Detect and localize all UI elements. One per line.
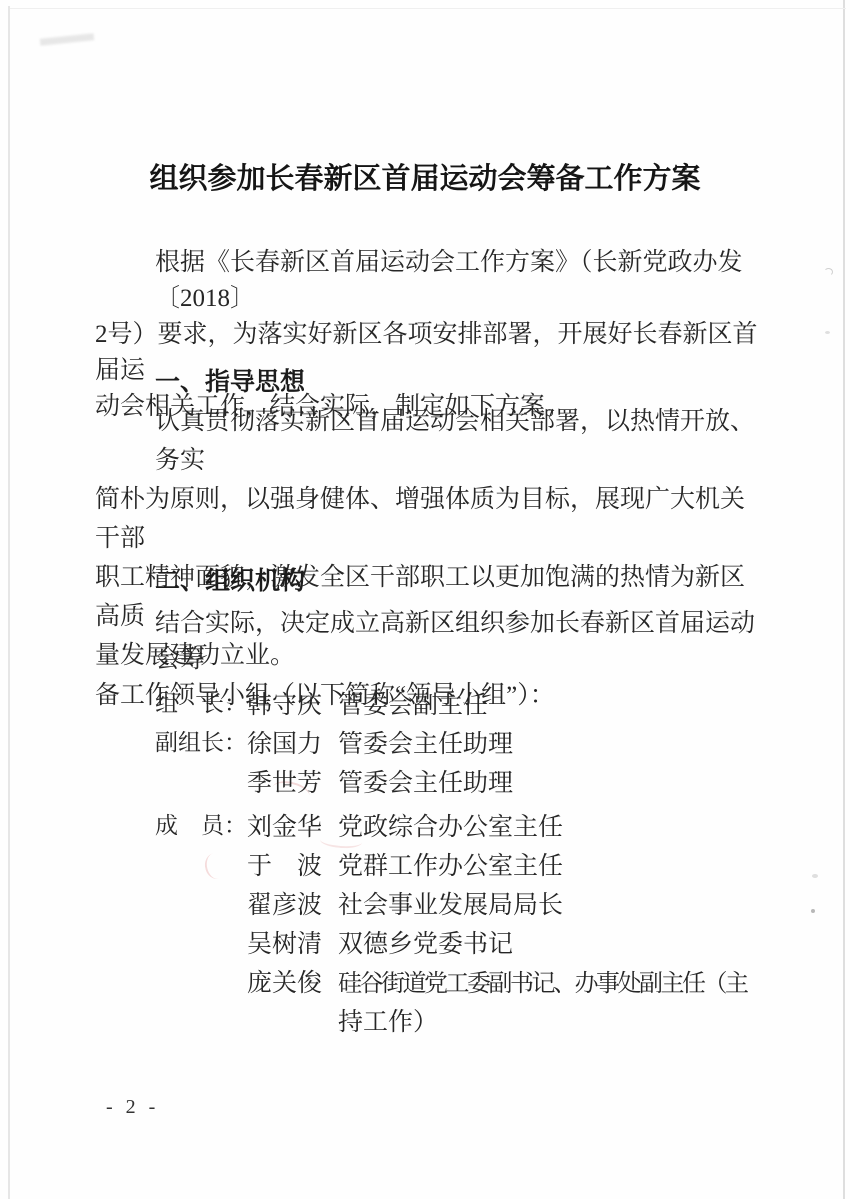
scan-speckle bbox=[824, 268, 833, 276]
roster-row: 副组长： 徐国力 管委会主任助理 bbox=[155, 724, 795, 763]
scan-speckle bbox=[812, 874, 818, 878]
member-duty: 社会事业发展局局长 bbox=[338, 885, 563, 921]
document-title: 组织参加长春新区首届运动会筹备工作方案 bbox=[0, 156, 850, 197]
scanned-document-page: 组织参加长春新区首届运动会筹备工作方案 根据《长春新区首届运动会工作方案》（长新… bbox=[0, 0, 850, 1199]
member-duty: 管委会主任助理 bbox=[338, 724, 513, 760]
scan-speckle bbox=[825, 331, 830, 334]
member-duty: 党群工作办公室主任 bbox=[338, 846, 563, 882]
role-label: 副组长： bbox=[155, 724, 247, 757]
roster-row: 庞关俊 硅谷街道党工委副书记、办事处副主任（主 bbox=[155, 963, 795, 1002]
paragraph-line: 认真贯彻落实新区首届运动会相关部署，以热情开放、务实 bbox=[95, 402, 763, 480]
roster-row: 翟彦波 社会事业发展局局长 bbox=[155, 885, 795, 924]
member-duty: 硅谷街道党工委副书记、办事处副主任（主 bbox=[338, 963, 747, 998]
roster-row-continuation: 持工作） bbox=[155, 1002, 795, 1041]
roster-row: 组 长： 韩守庆 管委会副主任 bbox=[155, 685, 795, 724]
member-duty: 持工作） bbox=[338, 1002, 438, 1038]
member-name: 韩守庆 bbox=[247, 685, 325, 721]
roster-row: 季世芳 管委会主任助理 bbox=[155, 763, 795, 802]
member-duty: 管委会主任助理 bbox=[338, 763, 513, 799]
member-duty: 管委会副主任 bbox=[338, 685, 488, 721]
leadership-roster: 组 长： 韩守庆 管委会副主任 副组长： 徐国力 管委会主任助理 季世芳 管委会… bbox=[155, 685, 795, 1041]
page-edge-line-top bbox=[10, 8, 846, 9]
scan-speckle bbox=[811, 909, 815, 913]
section-heading-1: 一、指导思想 bbox=[155, 362, 305, 398]
member-name: 吴树清 bbox=[247, 924, 325, 960]
member-name: 季世芳 bbox=[247, 763, 325, 799]
role-label: 组 长： bbox=[155, 685, 247, 718]
paragraph-line: 简朴为原则，以强身健体、增强体质为目标，展现广大机关干部 bbox=[95, 480, 763, 558]
member-name: 刘金华 bbox=[247, 807, 325, 843]
roster-row: 于 波 党群工作办公室主任 bbox=[155, 846, 795, 885]
member-name: 庞关俊 bbox=[247, 963, 325, 999]
member-duty: 党政综合办公室主任 bbox=[338, 807, 563, 843]
member-duty: 双德乡党委书记 bbox=[338, 924, 513, 960]
member-name: 翟彦波 bbox=[247, 885, 325, 921]
paragraph-line: 根据《长春新区首届运动会工作方案》（长新党政办发〔2018〕 bbox=[95, 245, 763, 317]
paragraph-intro: 根据《长春新区首届运动会工作方案》（长新党政办发〔2018〕 2号）要求，为落实… bbox=[95, 245, 763, 425]
roster-row: 成 员： 刘金华 党政综合办公室主任 bbox=[155, 807, 795, 846]
member-name: 于 波 bbox=[247, 846, 325, 882]
paragraph-line: 结合实际，决定成立高新区组织参加长春新区首届运动会筹 bbox=[95, 606, 763, 678]
page-number: - 2 - bbox=[106, 1096, 159, 1119]
role-label: 成 员： bbox=[155, 807, 247, 840]
section-heading-2: 二、组织机构 bbox=[155, 561, 305, 597]
member-name: 徐国力 bbox=[247, 724, 325, 760]
scan-smudge bbox=[40, 33, 94, 46]
roster-row: 吴树清 双德乡党委书记 bbox=[155, 924, 795, 963]
